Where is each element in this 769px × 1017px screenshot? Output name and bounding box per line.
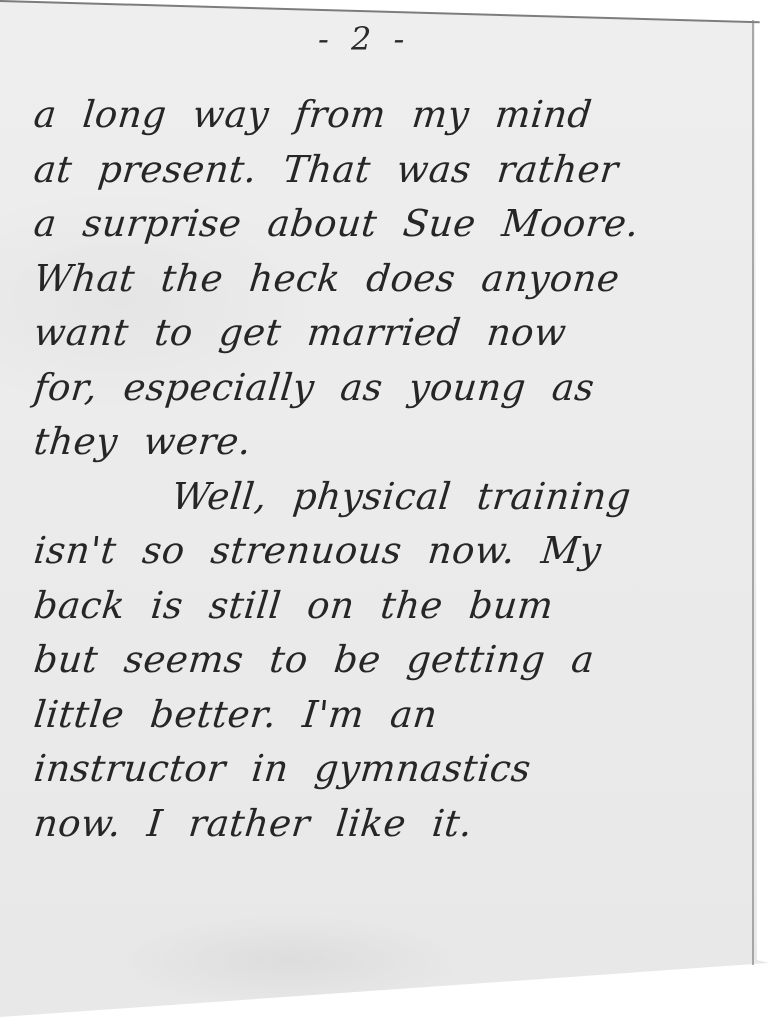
- letter-line: now. I rather like it.: [31, 797, 737, 852]
- letter-line: What the heck does anyone: [31, 252, 737, 307]
- letter-line: a long way from my mind: [31, 88, 737, 143]
- letter-body: a long way from my mind at present. That…: [34, 88, 734, 851]
- letter-line: for, especially as young as: [31, 361, 737, 416]
- paper-right-edge: [752, 20, 754, 965]
- page-number: - 2 -: [318, 20, 410, 58]
- letter-line: want to get married now: [31, 306, 737, 361]
- letter-line: but seems to be getting a: [31, 633, 737, 688]
- letter-line: at present. That was rather: [31, 143, 737, 198]
- letter-line: back is still on the bum: [31, 579, 737, 634]
- letter-line: a surprise about Sue Moore.: [31, 197, 737, 252]
- letter-line-paragraph-start: Well, physical training: [31, 470, 737, 525]
- letter-line: they were.: [31, 415, 737, 470]
- letter-line: instructor in gymnastics: [31, 742, 737, 797]
- letter-line: little better. I'm an: [31, 688, 737, 743]
- letter-line: isn't so strenuous now. My: [31, 524, 737, 579]
